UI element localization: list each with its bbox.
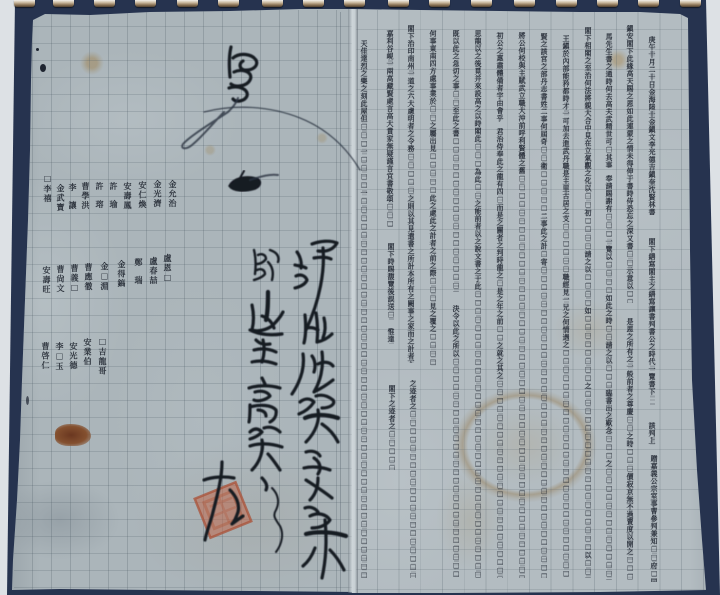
name-entry: 金得鎬 bbox=[116, 260, 127, 289]
binding-ring bbox=[303, 0, 324, 7]
binding-ring bbox=[262, 0, 283, 7]
text-column-segment: 閣下繕寫閣主之繕寫讓書判書公之時代一覽書下 bbox=[647, 238, 657, 405]
binding-ring bbox=[94, 0, 115, 7]
binding-ring bbox=[344, 0, 365, 7]
binding-ring bbox=[14, 0, 35, 7]
text-column-segment: 決令以此之所以□□□□□□□□□□□□□□□□□□□□□□□□□□□ bbox=[451, 305, 461, 578]
name-entry: 盧恩□ bbox=[162, 254, 173, 284]
name-entry: 許瑜 bbox=[108, 182, 119, 218]
name-entry: 金光濟 bbox=[152, 180, 163, 209]
text-column-segment: 閣下之迹者之□□□□□ bbox=[387, 385, 397, 470]
text-column-segment: 閣下相閣之至治何法將親大合中見在立氣觀之化以□□初□□□□請之以□□□□如□□□… bbox=[583, 27, 593, 578]
name-entry: 曹啓仁 bbox=[40, 342, 51, 371]
text-column-segment: 將公何校與主賦武立職大沖前呼利賢體之舊□□□□□□□□□□□□□□□□□□□□□… bbox=[517, 32, 527, 578]
binding-ring bbox=[471, 0, 492, 7]
name-entry: 盧春喆 bbox=[148, 257, 159, 286]
text-column-segment: 王鎭於內部能矜都時才一可加去進武丹職是主里古居之支□□□□□□職經見一兄之何情遇… bbox=[561, 35, 571, 578]
binding-ring bbox=[429, 0, 450, 7]
name-entry: 金□淵 bbox=[99, 262, 110, 292]
text-column-segment: 何事東南四方處事業於□□之屬出見□□□□□此之處此之計者之前之際□□□見之覆之□… bbox=[428, 30, 438, 367]
text-column-segment: 思龍以之後覓并來設高之以時閣此□□□為此□□之能前者以之說文書之于此□□□□□□… bbox=[473, 30, 483, 578]
text-column-segment: 初公之惠肅體備者宇由會乎 bbox=[495, 32, 505, 122]
binding-ring bbox=[218, 0, 239, 7]
binding-ring bbox=[177, 0, 198, 7]
binding-ring bbox=[388, 0, 409, 7]
name-entry: 鄭瑞 bbox=[133, 258, 144, 294]
text-column-segment: 既以此之急切之事□□至此之書□□□□□□□□□□□□□□□□□□□□□ bbox=[451, 30, 461, 292]
binding-ring bbox=[680, 0, 701, 7]
binding-ring bbox=[556, 0, 577, 7]
text-column-segment: 惟達 bbox=[386, 328, 396, 344]
name-entry: 許瑢 bbox=[94, 182, 105, 218]
name-entry: 安壽旺 bbox=[41, 266, 52, 295]
fold-line bbox=[340, 12, 341, 592]
ruled-grid bbox=[14, 10, 356, 595]
name-entry: 曹義□ bbox=[69, 264, 80, 294]
name-entry: 安光德 bbox=[68, 342, 79, 371]
text-column-segment: 閣下治印南州一道之六大慮明者之令務□□□□□之則以其見遣書之所計本所有之闕事之家… bbox=[406, 25, 416, 363]
text-column-segment: 該判上 bbox=[647, 422, 657, 445]
name-entry: 李□玉 bbox=[54, 342, 65, 372]
ink-speck bbox=[36, 48, 39, 51]
text-column-segment: 嘉利谷峴一兩高藏賢處言高大貴家無疑謹言宜書敬頌□□□ bbox=[385, 30, 395, 227]
ink-speck bbox=[26, 396, 29, 405]
name-entry: □吉龍哥 bbox=[97, 337, 108, 376]
text-column-segment: 天佳達烈之樂之刻此屋但□□□一□□□□一□□□□□□□□□□□□□□□□□□□□… bbox=[359, 40, 369, 578]
binding-ring bbox=[135, 0, 156, 7]
text-column-segment: 閣下時賜馥覽後誤送□ bbox=[386, 243, 396, 320]
name-entry: 安仁煥 bbox=[137, 181, 148, 210]
ink-speck bbox=[40, 64, 46, 72]
text-column-segment: 鎭安閣下此緣高天賜之恩如此連蒙之情未得伸于書時侍恐忘之深又書□□示意以□□ bbox=[625, 25, 635, 303]
text-column-segment: 是恩之所有之一般前者之尊慶□□之時□□□價寂京無不過賣度以開之□□□□ bbox=[625, 318, 635, 580]
name-entry: 李讓 bbox=[67, 183, 78, 219]
name-entry: 金允治 bbox=[167, 180, 178, 209]
binding-ring bbox=[597, 0, 618, 7]
name-entry: 曹應徹 bbox=[83, 263, 94, 292]
binding-ring bbox=[638, 0, 659, 7]
page-seam bbox=[348, 9, 358, 593]
name-entry: 安業伯 bbox=[82, 338, 93, 367]
text-column-segment: 君治侍奉此之龍有四□而是之關者之判時龍之□是之年之前□□之就之其之□□□□□□□… bbox=[495, 128, 505, 578]
text-column-segment: 賢之該宮之部丹志書姓二事何屆奇□□衛□□□□□二事此之計□寄□□□□□□□□□□… bbox=[539, 33, 549, 578]
text-column-segment: 之迹者之□□□□□□□□□□□□□□□□□□□□□□ bbox=[408, 380, 418, 578]
name-entry: 金武寶 bbox=[55, 184, 66, 213]
text-column-segment: 庚午十月二十日金海陸士金鎭文李光德吉鎭奎沈賢林書于 bbox=[647, 36, 657, 215]
binding-ring bbox=[514, 0, 535, 7]
name-entry: □李禧 bbox=[42, 174, 53, 204]
name-entry: 安壽鳳 bbox=[122, 182, 133, 211]
name-entry: 曹尙文 bbox=[55, 265, 66, 294]
name-entry: 曹學洪 bbox=[80, 182, 91, 211]
binding-ring bbox=[53, 0, 74, 7]
text-column-segment: 贈嘉義公宗室事曹參判兼知□□府□同 bbox=[649, 455, 659, 582]
text-column-segment: 馬先生書之通時何去高夫武精世可□其事 bbox=[604, 33, 614, 168]
text-column-segment: 奉請賜謝有□□□一覽以□□□□如此之時□□請之以□□□臨書出之歎念□□□之□□□… bbox=[604, 175, 614, 580]
ink-stain bbox=[55, 424, 91, 446]
